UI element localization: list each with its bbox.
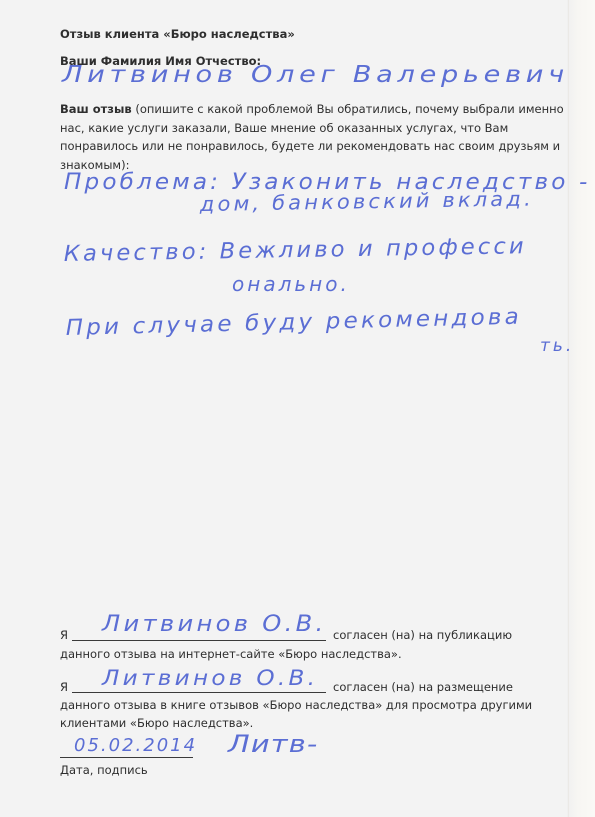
review-instructions-line-1: (опишите с какой проблемой Вы обратились… — [132, 102, 564, 116]
consent-2-signature-line — [72, 692, 326, 693]
handwritten-signature: Литв- — [228, 730, 319, 758]
handwritten-review-line-5: При случае буду рекомендова — [65, 305, 522, 341]
handwritten-review-line-4: онально. — [232, 272, 350, 296]
review-label: Ваш отзыв — [60, 102, 132, 116]
date-signature-line — [60, 757, 193, 758]
scan-edge-line — [568, 0, 569, 817]
review-prompt: Ваш отзыв (опишите с какой проблемой Вы … — [60, 100, 564, 174]
review-instructions-line-2: нас, какие услуги заказали, Ваше мнение … — [60, 119, 564, 138]
handwritten-review-line-2: дом, банковский вклад. — [200, 186, 534, 216]
date-signature-label: Дата, подпись — [60, 761, 148, 779]
consent-1-signature-line — [72, 640, 326, 641]
consent-2-text-line-2: данного отзыва в книге отзывов «Бюро нас… — [60, 696, 532, 714]
consent-2-prefix: Я — [60, 678, 68, 696]
review-instructions-line-3: понравилось или не понравилось, будете л… — [60, 137, 564, 156]
consent-1-text: согласен (на) на публикацию — [333, 626, 512, 644]
scan-edge — [567, 0, 595, 817]
handwritten-review-line-3: Качество: Вежливо и професси — [64, 234, 527, 267]
consent-2-handwritten-name: Литвинов О.В. — [102, 666, 318, 690]
consent-2-text: согласен (на) на размещение — [333, 678, 513, 696]
handwritten-date: 05.02.2014 — [74, 735, 197, 756]
handwritten-full-name: Литвинов Олег Валерьевич — [62, 62, 569, 88]
consent-1-prefix: Я — [60, 626, 68, 644]
form-title: Отзыв клиента «Бюро наследства» — [60, 25, 295, 43]
handwritten-review-line-6: ть. — [540, 336, 574, 356]
consent-2-text-line-3: клиентами «Бюро наследства». — [60, 714, 253, 732]
scanned-review-form: Отзыв клиента «Бюро наследства» Ваши Фам… — [0, 0, 595, 817]
consent-1-text-line-2: данного отзыва на интернет-сайте «Бюро н… — [60, 645, 402, 663]
consent-1-handwritten-name: Литвинов О.В. — [102, 612, 327, 637]
